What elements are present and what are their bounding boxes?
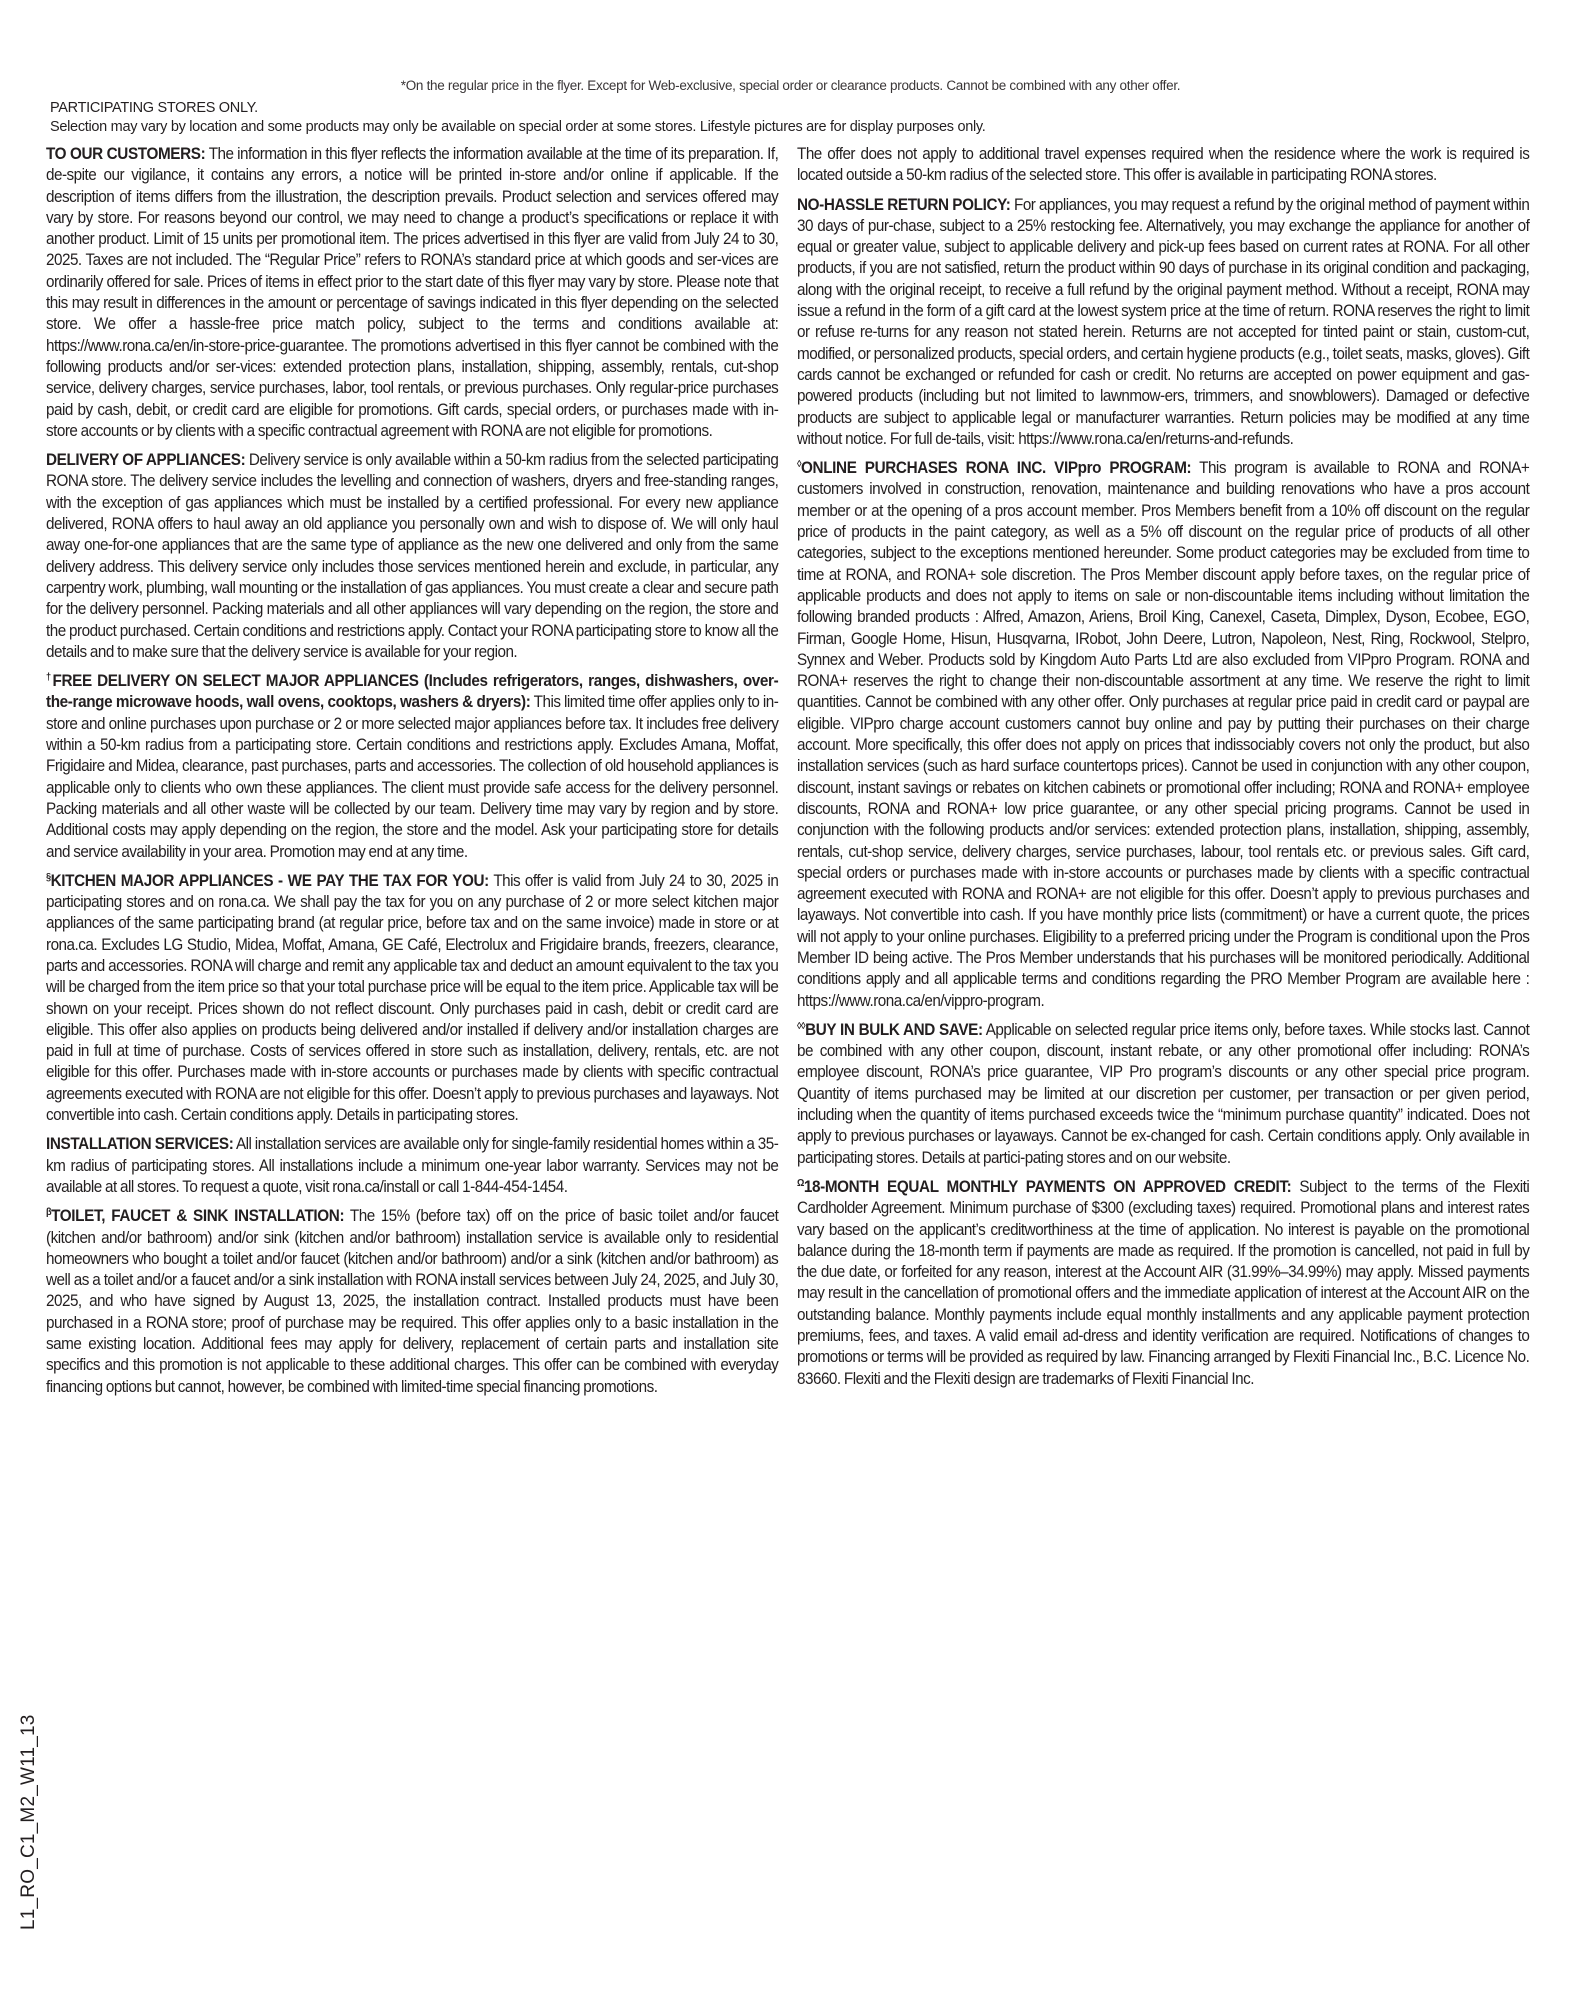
section-heading: INSTALLATION SERVICES:	[46, 1134, 233, 1153]
section-return-policy: NO-HASSLE RETURN POLICY: For appliances,…	[797, 191, 1529, 450]
selection-notice: Selection may vary by location and some …	[50, 119, 986, 135]
section-monthly-payments: Ω18-MONTH EQUAL MONTHLY PAYMENTS ON APPR…	[797, 1173, 1529, 1389]
section-travel-expenses: The offer does not apply to additional t…	[797, 140, 1529, 186]
section-body: This limited time offer applies only to …	[46, 692, 778, 860]
right-column: The offer does not apply to additional t…	[797, 140, 1529, 1394]
section-toilet-faucet-sink: βTOILET, FAUCET & SINK INSTALLATION: The…	[46, 1202, 778, 1397]
section-buy-in-bulk: ◊◊BUY IN BULK AND SAVE: Applicable on se…	[797, 1016, 1529, 1168]
section-body: The information in this flyer reflects t…	[46, 144, 778, 440]
section-heading: ONLINE PURCHASES RONA INC. VIPpro PROGRA…	[801, 458, 1191, 477]
section-vippro-program: ◊ONLINE PURCHASES RONA INC. VIPpro PROGR…	[797, 454, 1529, 1011]
section-delivery-of-appliances: DELIVERY OF APPLIANCES: Delivery service…	[46, 446, 778, 662]
section-heading: TO OUR CUSTOMERS:	[46, 144, 205, 163]
double-diamond-symbol: ◊◊	[797, 1021, 805, 1032]
section-body: Subject to the terms of the Flexiti Card…	[797, 1177, 1529, 1388]
section-heading: KITCHEN MAJOR APPLIANCES - WE PAY THE TA…	[51, 871, 489, 890]
regular-price-footnote: *On the regular price in the flyer. Exce…	[0, 78, 1581, 93]
left-column: TO OUR CUSTOMERS: The information in thi…	[46, 140, 778, 1402]
section-body: This offer is valid from July 24 to 30, …	[46, 871, 778, 1124]
section-body: For appliances, you may request a refund…	[797, 195, 1529, 448]
participating-stores-notice: PARTICIPATING STORES ONLY.	[50, 100, 258, 116]
section-heading: 18-MONTH EQUAL MONTHLY PAYMENTS ON APPRO…	[804, 1177, 1292, 1196]
section-heading: BUY IN BULK AND SAVE:	[805, 1020, 983, 1039]
section-to-our-customers: TO OUR CUSTOMERS: The information in thi…	[46, 140, 778, 441]
section-body: Applicable on selected regular price ite…	[797, 1020, 1529, 1167]
section-heading: TOILET, FAUCET & SINK INSTALLATION:	[51, 1206, 344, 1225]
section-free-delivery: †FREE DELIVERY ON SELECT MAJOR APPLIANCE…	[46, 667, 778, 862]
section-body: The offer does not apply to additional t…	[797, 144, 1529, 184]
section-installation-services: INSTALLATION SERVICES: All installation …	[46, 1130, 778, 1197]
section-heading: DELIVERY OF APPLIANCES:	[46, 450, 245, 469]
flyer-code: L1_RO_C1_M2_W11_13	[18, 1714, 40, 1930]
section-kitchen-tax: §KITCHEN MAJOR APPLIANCES - WE PAY THE T…	[46, 867, 778, 1126]
section-heading: NO-HASSLE RETURN POLICY:	[797, 195, 1010, 214]
section-body: Delivery service is only available withi…	[46, 450, 778, 661]
section-body: The 15% (before tax) off on the price of…	[46, 1206, 778, 1395]
section-body: This program is available to RONA and RO…	[797, 458, 1529, 1009]
